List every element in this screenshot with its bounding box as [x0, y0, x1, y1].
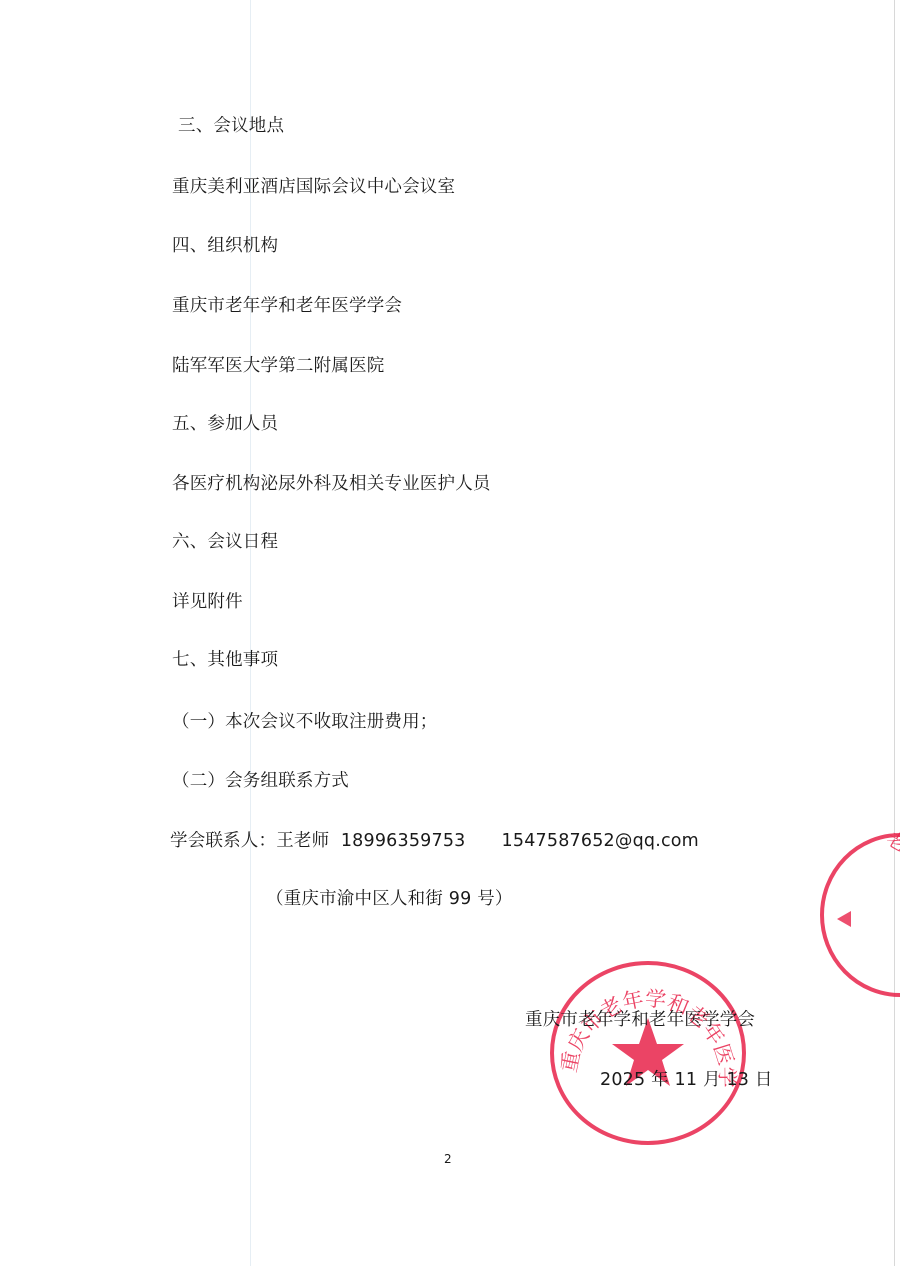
- schedule-text: 详见附件: [172, 591, 243, 613]
- participants-text: 各医疗机构泌尿外科及相关专业医护人员: [172, 473, 491, 495]
- organizer-2: 陆军军医大学第二附属医院: [172, 355, 384, 377]
- section-heading-venue: 三、会议地点: [178, 115, 284, 137]
- signature-date: 2025 年 11 月 13 日: [600, 1069, 773, 1091]
- contact-phone: 18996359753: [341, 831, 466, 851]
- contact-line: 学会联系人：王老师 189963597531547587652@qq.com: [170, 830, 699, 852]
- page-number: 2: [444, 1148, 452, 1170]
- venue-text: 重庆美利亚酒店国际会议中心会议室: [172, 176, 455, 198]
- official-seal: 重庆市老年学和老年医学学会: [548, 958, 748, 1148]
- page-edge: [894, 0, 895, 1266]
- section-heading-organizers: 四、组织机构: [172, 235, 278, 257]
- partial-seal: 老年医学学会: [815, 825, 900, 1005]
- section-heading-other: 七、其他事项: [172, 649, 278, 671]
- other-item-1: （一）本次会议不收取注册费用；: [172, 711, 438, 733]
- contact-email[interactable]: 1547587652@qq.com: [502, 831, 699, 851]
- signature-organization: 重庆市老年学和老年医学学会: [525, 1009, 755, 1031]
- contact-name: 王老师: [276, 831, 329, 851]
- svg-text:老年医学学会: 老年医学学会: [883, 828, 900, 940]
- star-fragment-icon: [837, 911, 851, 927]
- section-heading-schedule: 六、会议日程: [172, 531, 278, 553]
- section-heading-participants: 五、参加人员: [172, 413, 278, 435]
- contact-label: 学会联系人：: [170, 831, 276, 851]
- organizer-1: 重庆市老年学和老年医学学会: [172, 295, 402, 317]
- contact-address: （重庆市渝中区人和街 99 号）: [266, 888, 513, 910]
- other-item-2: （二）会务组联系方式: [172, 770, 349, 792]
